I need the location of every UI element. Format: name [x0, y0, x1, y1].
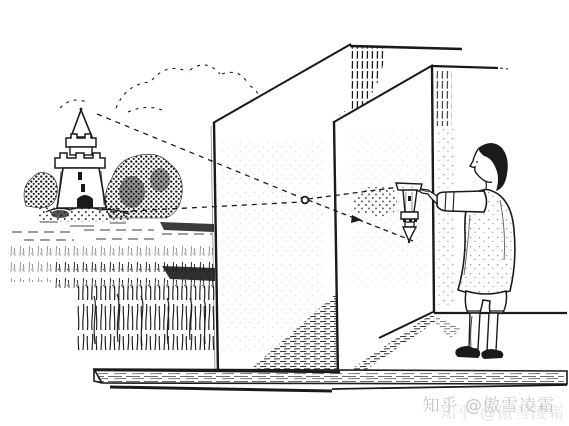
observer-eye [476, 161, 478, 163]
engraving-canvas: 知乎 @傲雪凌霜 知乎 @傲雪凌霜 [0, 0, 569, 426]
camera-obscura-illustration [0, 0, 569, 426]
tower-window [78, 172, 82, 180]
watermark: 知乎 @傲雪凌霜 [423, 391, 555, 416]
tall-grass [76, 286, 218, 350]
image-screen-shaded-side [436, 70, 452, 126]
pinhole [302, 197, 309, 204]
foliage-strip [38, 206, 130, 222]
tower-lower-battlement [55, 153, 105, 168]
tower-window [81, 184, 85, 192]
observer-arm [437, 191, 487, 212]
observer-back-leg [487, 313, 498, 351]
